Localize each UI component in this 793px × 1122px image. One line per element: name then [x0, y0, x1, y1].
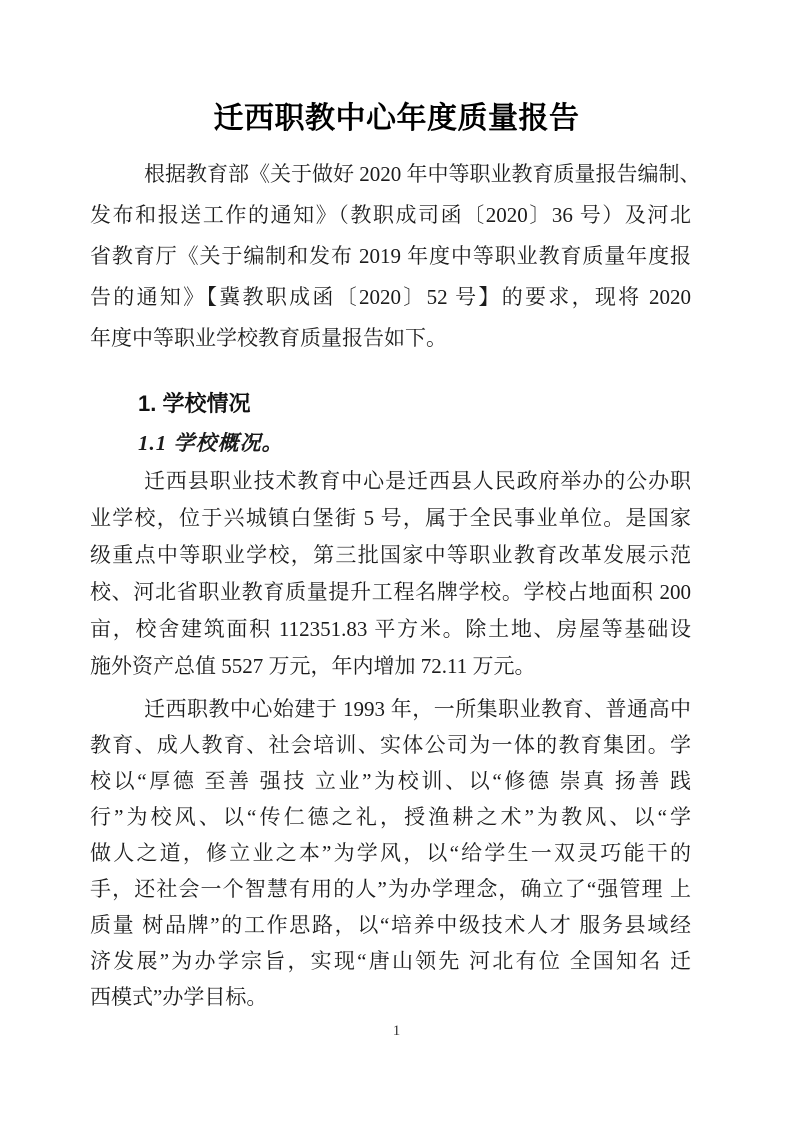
text-line: 业学校，位于兴城镇白堡街 5 号，属于全民事业单位。是国家	[90, 500, 691, 537]
text-line: 年度中等职业学校教育质量报告如下。	[90, 318, 691, 359]
text-line: 质量 树品牌”的工作思路，以“培养中级技术人才 服务县域经	[90, 907, 691, 943]
school-overview-paragraph: 迁西县职业技术教育中心是迁西县人民政府举办的公办职业学校，位于兴城镇白堡街 5 …	[90, 463, 691, 685]
text-line: 教育、成人教育、社会培训、实体公司为一体的教育集团。学	[90, 727, 691, 763]
text-line: 迁西县职业技术教育中心是迁西县人民政府举办的公办职	[90, 463, 691, 500]
text-line: 行”为校风、以“传仁德之礼，授渔耕之术”为教风、以“学	[90, 799, 691, 835]
school-history-paragraph: 迁西职教中心始建于 1993 年，一所集职业教育、普通高中教育、成人教育、社会培…	[90, 691, 691, 1015]
text-line: 省教育厅《关于编制和发布 2019 年度中等职业教育质量年度报	[90, 236, 691, 277]
text-line: 发布和报送工作的通知》（教职成司函〔2020〕36 号）及河北	[90, 195, 691, 236]
text-line: 西模式”办学目标。	[90, 979, 691, 1015]
text-line: 亩，校舍建筑面积 112351.83 平方米。除土地、房屋等基础设	[90, 611, 691, 648]
text-line: 济发展”为办学宗旨，实现“唐山领先 河北有位 全国知名 迁	[90, 943, 691, 979]
intro-paragraph: 根据教育部《关于做好 2020 年中等职业教育质量报告编制、发布和报送工作的通知…	[90, 154, 691, 359]
document-page: 迁西职教中心年度质量报告 根据教育部《关于做好 2020 年中等职业教育质量报告…	[0, 0, 793, 1122]
text-line: 迁西职教中心始建于 1993 年，一所集职业教育、普通高中	[90, 691, 691, 727]
text-line: 校、河北省职业教育质量提升工程名牌学校。学校占地面积 200	[90, 574, 691, 611]
text-line: 做人之道，修立业之本”为学风，以“给学生一双灵巧能干的	[90, 835, 691, 871]
text-line: 级重点中等职业学校，第三批国家中等职业教育改革发展示范	[90, 537, 691, 574]
text-line: 根据教育部《关于做好 2020 年中等职业教育质量报告编制、	[90, 154, 691, 195]
text-line: 校以“厚德 至善 强技 立业”为校训、以“修德 崇真 扬善 践	[90, 763, 691, 799]
document-title: 迁西职教中心年度质量报告	[0, 99, 793, 139]
text-line: 手，还社会一个智慧有用的人”为办学理念，确立了“强管理 上	[90, 871, 691, 907]
page-number: 1	[0, 1022, 793, 1040]
text-line: 告的通知》【冀教职成函〔2020〕52 号】的要求，现将 2020	[90, 277, 691, 318]
section-1-heading: 1. 学校情况	[138, 391, 250, 417]
text-line: 施外资产总值 5527 万元，年内增加 72.11 万元。	[90, 648, 691, 685]
section-1-1-heading: 1.1 学校概况。	[138, 430, 284, 456]
